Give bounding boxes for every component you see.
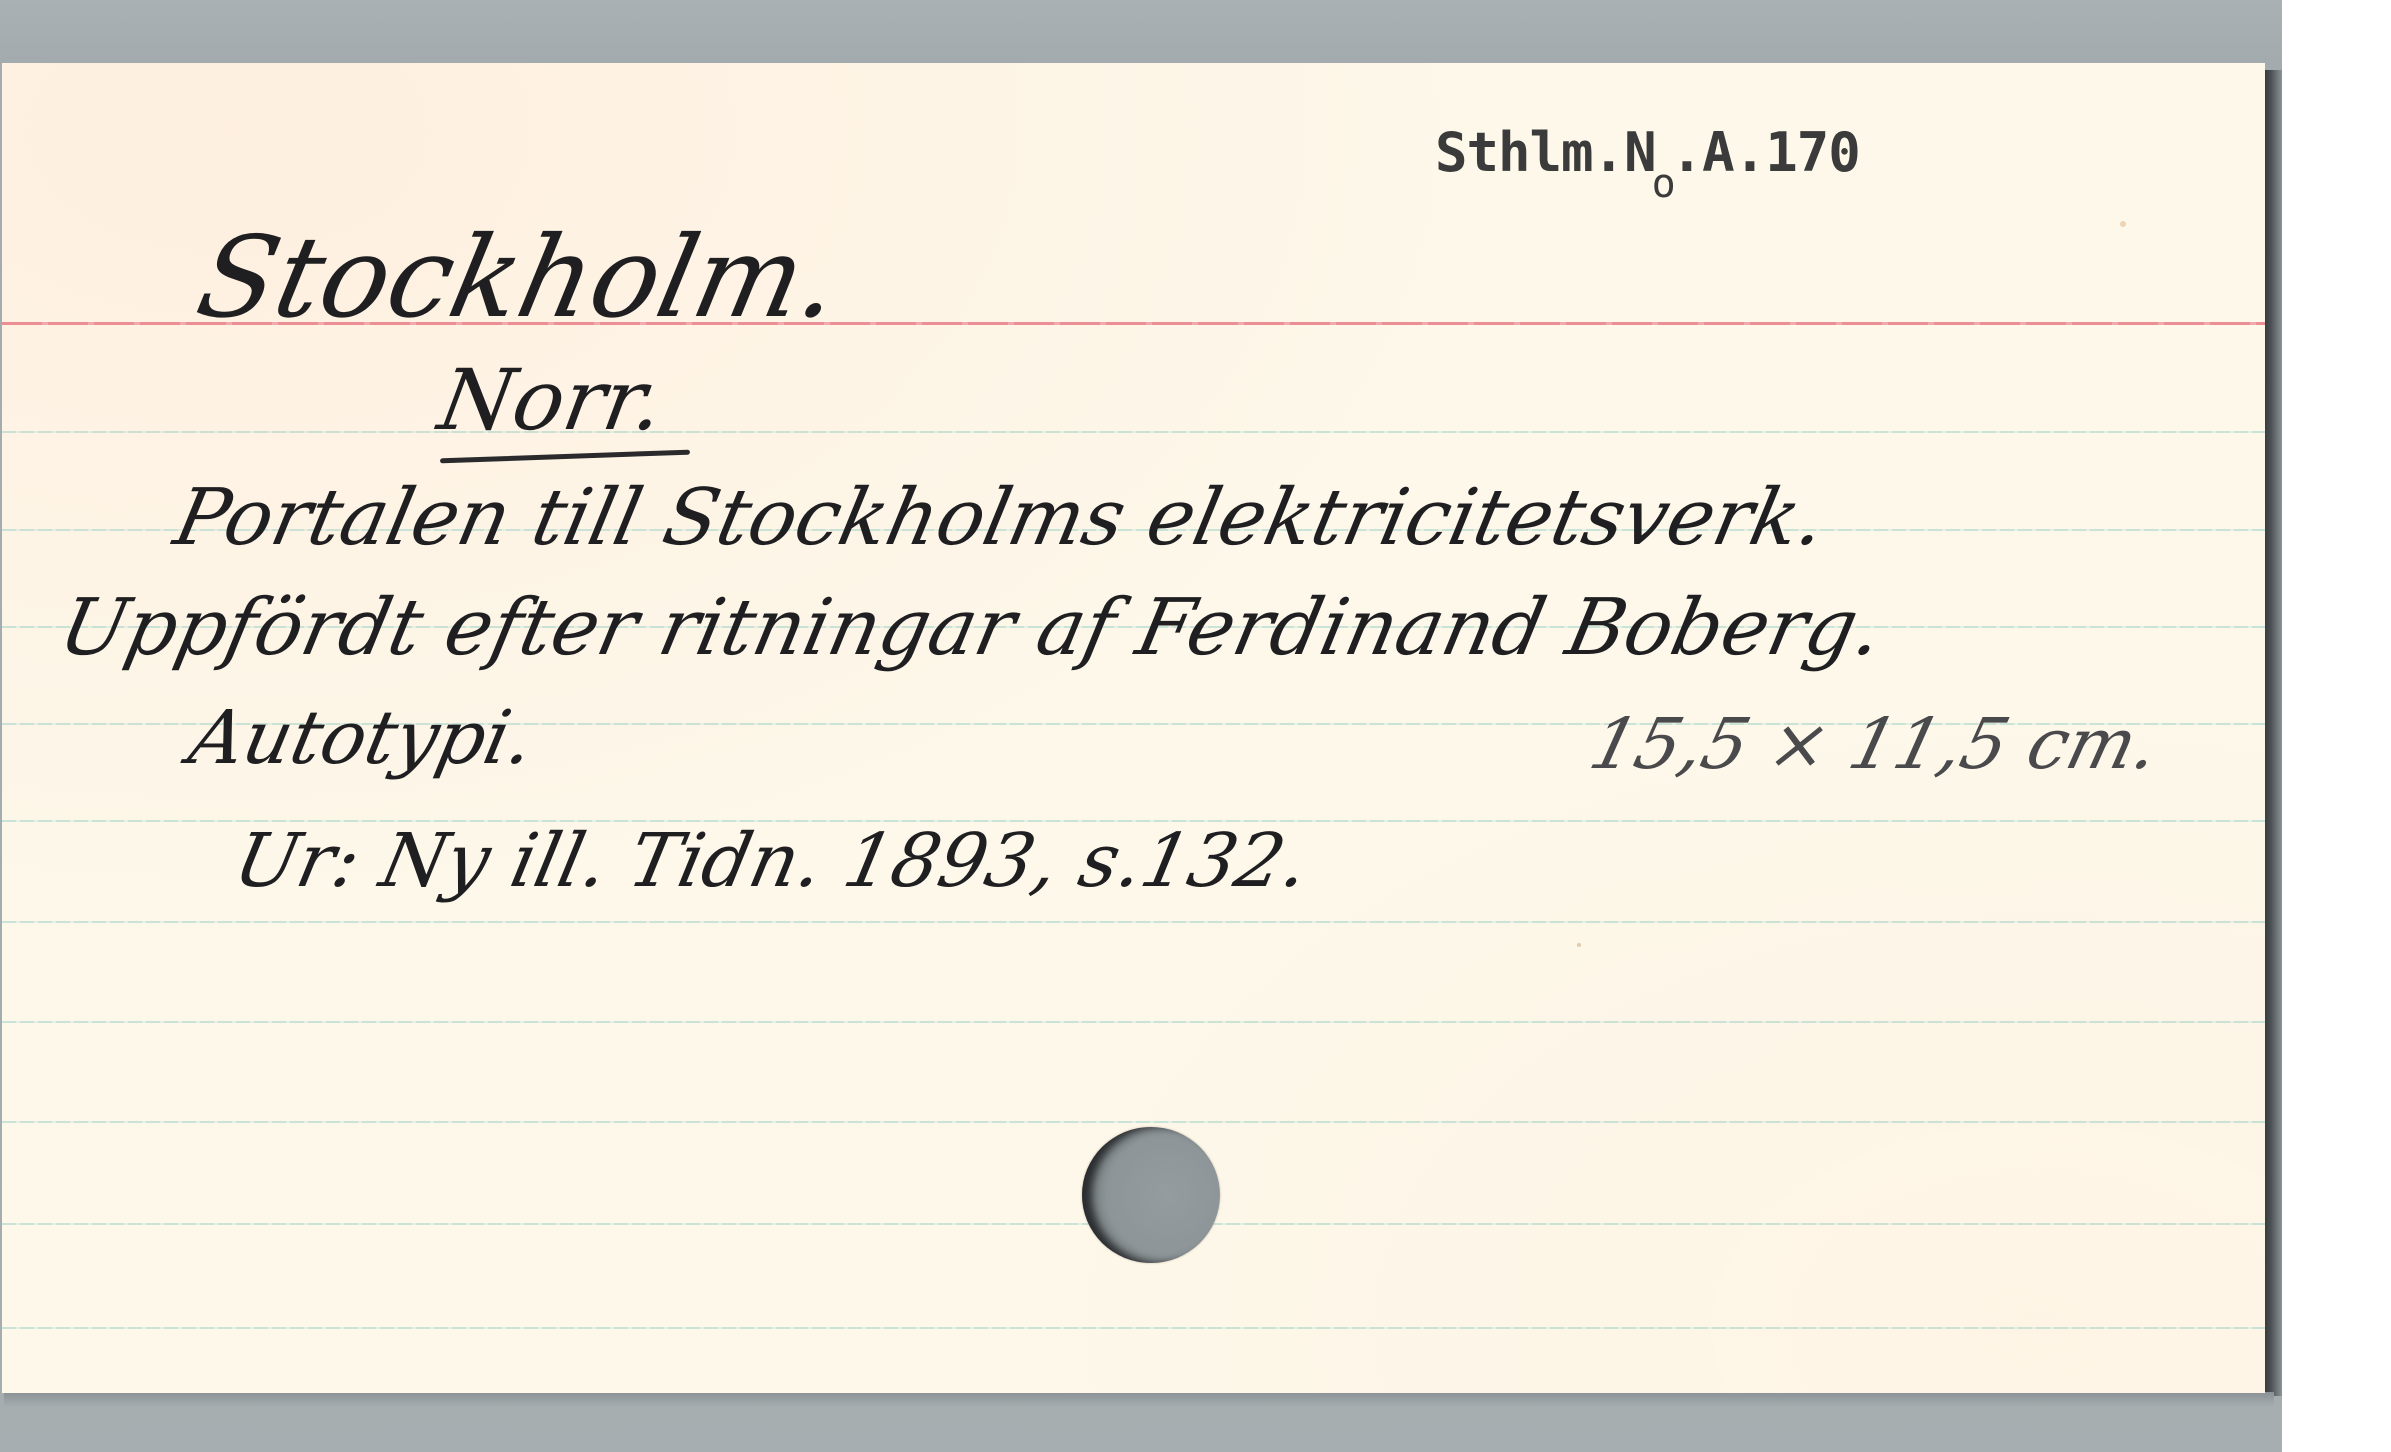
ruled-line: [2, 1121, 2265, 1123]
card-right-shadow: [2262, 70, 2282, 1396]
paper-speck: [2120, 221, 2126, 227]
description-line-1: Portalen till Stockholms elektricitetsve…: [167, 473, 1833, 563]
paper-speck: [1577, 943, 1581, 947]
ruled-line: [2, 431, 2265, 433]
dimensions-text: 15,5 × 11,5 cm.: [1582, 703, 2167, 785]
card-bottom-shadow: [4, 1392, 2274, 1406]
call-number-suffix: .A.170: [1671, 121, 1860, 184]
subheading-underline: [440, 450, 690, 464]
call-number: Sthlm.No.A.170: [1435, 121, 1860, 184]
source-line: Ur: Ny ill. Tidn. 1893, s.132.: [227, 818, 1316, 904]
description-line-2: Uppfördt efter ritningar af Ferdinand Bo…: [52, 583, 1890, 673]
card-subheading: Norr.: [432, 351, 671, 449]
ruled-line: [2, 1021, 2265, 1023]
ruled-line: [2, 1327, 2265, 1329]
technique-line: Autotypi.: [182, 695, 542, 781]
call-number-subscript: o: [1652, 161, 1675, 207]
card-heading: Stockholm.: [187, 213, 852, 343]
catalog-card: Sthlm.No.A.170 Stockholm. Norr. Portalen…: [2, 63, 2265, 1393]
call-number-prefix: Sthlm.N: [1435, 121, 1656, 184]
ruled-line: [2, 921, 2265, 923]
punched-hole: [1082, 1127, 1220, 1263]
